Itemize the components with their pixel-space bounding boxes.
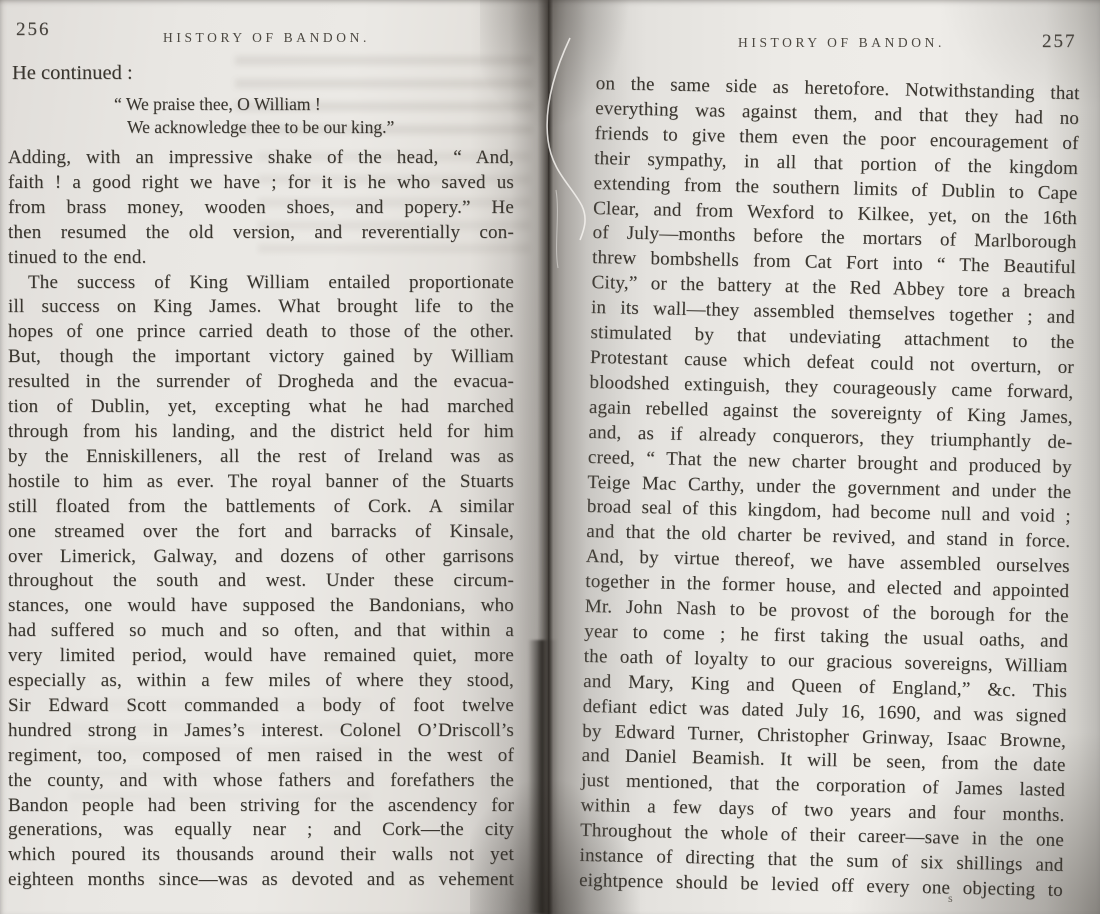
text-line: hopes of one prince carried death to tho… — [8, 320, 514, 345]
left-body-text: Adding, with an impressive shake of the … — [8, 146, 514, 893]
text-line: “ We praise thee, O William ! — [114, 93, 394, 116]
text-line: from brass money, wooden shoes, and pope… — [8, 196, 514, 221]
text-line: regiment, too, composed of men raised in… — [8, 744, 514, 769]
text-line: Adding, with an impressive shake of the … — [8, 146, 514, 171]
text-line: tion of Dublin, yet, excepting what he h… — [8, 395, 514, 420]
verse-quote: “ We praise thee, O William !We acknowle… — [114, 93, 394, 138]
signature-mark: s — [948, 891, 953, 906]
text-line: then resumed the old version, and revere… — [8, 221, 514, 246]
text-line: The success of King William entailed pro… — [8, 271, 514, 296]
text-line: ill success on King James. What brought … — [8, 295, 514, 320]
left-page: 256 HISTORY OF BANDON. He continued : “ … — [0, 0, 548, 914]
right-page: HISTORY OF BANDON. 257 on the same side … — [548, 0, 1100, 914]
text-line: through from his landing, and the distri… — [8, 420, 514, 445]
paragraph: Adding, with an impressive shake of the … — [8, 146, 514, 271]
right-running-head: HISTORY OF BANDON. — [738, 35, 945, 51]
text-line: the county, and with whose fathers and f… — [8, 769, 514, 794]
text-line: tinued to the end. — [8, 246, 514, 271]
text-line: throughout the south and west. Under the… — [8, 569, 514, 594]
book-spread: 256 HISTORY OF BANDON. He continued : “ … — [0, 0, 1100, 914]
text-line: But, though the important victory gained… — [8, 345, 514, 370]
left-page-number: 256 — [16, 19, 51, 41]
text-line: eighteen months since—was as devoted and… — [8, 868, 514, 893]
text-line: resulted in the surrender of Drogheda an… — [8, 370, 514, 395]
text-line: stances, one would have supposed the Ban… — [8, 594, 514, 619]
text-line: one streamed over the fort and barracks … — [8, 520, 514, 545]
text-line: hostile to him as ever. The royal banner… — [8, 470, 514, 495]
text-line: hundred strong in James’s interest. Colo… — [8, 719, 514, 744]
text-line: We acknowledge thee to be our king.” — [127, 116, 394, 139]
left-running-head: HISTORY OF BANDON. — [163, 30, 370, 46]
text-line: Bandon people had been striving for the … — [8, 794, 514, 819]
text-line: had suffered so much and so often, and t… — [8, 619, 514, 644]
text-line: Sir Edward Scott commanded a body of foo… — [8, 694, 514, 719]
text-line: which poured its thousands around their … — [8, 843, 514, 868]
text-line: especially as, within a few miles of whe… — [8, 669, 514, 694]
text-line: still floated from the battlements of Co… — [8, 495, 514, 520]
text-line: very limited period, would have remained… — [8, 644, 514, 669]
text-line: faith ! a good right we have ; for it is… — [8, 171, 514, 196]
right-body-text: on the same side as heretofore. Notwiths… — [579, 72, 1080, 904]
text-line: by the Enniskilleners, all the rest of I… — [8, 445, 514, 470]
paragraph: The success of King William entailed pro… — [8, 271, 514, 894]
right-page-number: 257 — [1042, 31, 1077, 53]
intro-line: He continued : — [12, 62, 133, 85]
text-line: generations, was equally near ; and Cork… — [8, 818, 514, 843]
text-line: over Limerick, Galway, and dozens of oth… — [8, 545, 514, 570]
